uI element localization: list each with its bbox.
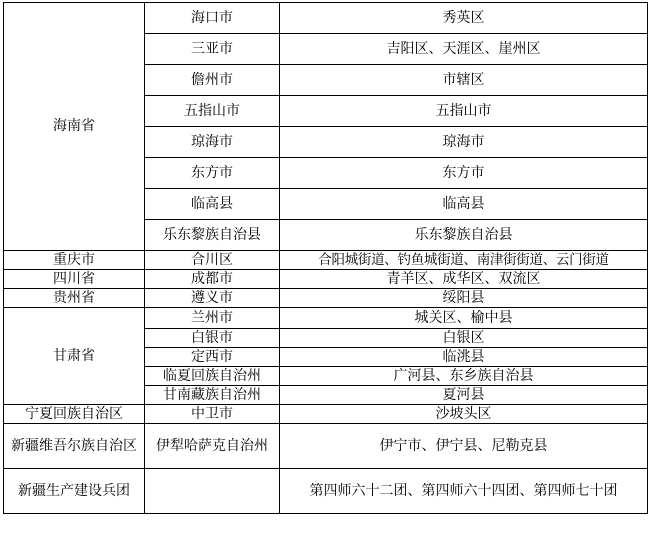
districts-cell: 琼海市 bbox=[280, 127, 648, 158]
city-cell: 乐东黎族自治县 bbox=[145, 220, 280, 251]
districts-cell: 合阳城街道、钓鱼城街道、南津街街道、云门街道 bbox=[280, 251, 648, 270]
city-cell: 兰州市 bbox=[145, 308, 280, 329]
table-row: 甘肃省 兰州市 城关区、榆中县 bbox=[4, 308, 648, 329]
province-cell: 新疆生产建设兵团 bbox=[4, 469, 145, 514]
table-row: 宁夏回族自治区 中卫市 沙坡头区 bbox=[4, 405, 648, 424]
city-cell: 临夏回族自治州 bbox=[145, 367, 280, 386]
province-cell: 甘肃省 bbox=[4, 308, 145, 405]
districts-cell: 夏河县 bbox=[280, 386, 648, 405]
city-cell: 遵义市 bbox=[145, 289, 280, 308]
city-cell: 甘南藏族自治州 bbox=[145, 386, 280, 405]
districts-cell: 绥阳县 bbox=[280, 289, 648, 308]
districts-cell: 沙坡头区 bbox=[280, 405, 648, 424]
city-cell: 五指山市 bbox=[145, 96, 280, 127]
city-cell: 定西市 bbox=[145, 348, 280, 367]
table-row: 四川省 成都市 青羊区、成华区、双流区 bbox=[4, 270, 648, 289]
districts-cell: 白银区 bbox=[280, 329, 648, 348]
districts-cell: 广河县、东乡族自治县 bbox=[280, 367, 648, 386]
districts-cell: 市辖区 bbox=[280, 65, 648, 96]
table-row: 新疆生产建设兵团 第四师六十二团、第四师六十四团、第四师七十团 bbox=[4, 469, 648, 514]
city-cell: 儋州市 bbox=[145, 65, 280, 96]
city-cell: 白银市 bbox=[145, 329, 280, 348]
table-row: 海南省 海口市 秀英区 bbox=[4, 3, 648, 34]
city-cell: 中卫市 bbox=[145, 405, 280, 424]
districts-cell: 吉阳区、天涯区、崖州区 bbox=[280, 34, 648, 65]
districts-cell: 临高县 bbox=[280, 189, 648, 220]
city-cell bbox=[145, 469, 280, 514]
province-cell: 四川省 bbox=[4, 270, 145, 289]
districts-cell: 秀英区 bbox=[280, 3, 648, 34]
city-cell: 临高县 bbox=[145, 189, 280, 220]
city-cell: 琼海市 bbox=[145, 127, 280, 158]
city-cell: 东方市 bbox=[145, 158, 280, 189]
districts-cell: 临洮县 bbox=[280, 348, 648, 367]
region-table: 海南省 海口市 秀英区 三亚市 吉阳区、天涯区、崖州区 儋州市 市辖区 五指山市… bbox=[3, 2, 648, 514]
province-cell: 重庆市 bbox=[4, 251, 145, 270]
districts-cell: 五指山市 bbox=[280, 96, 648, 127]
table-row: 重庆市 合川区 合阳城街道、钓鱼城街道、南津街街道、云门街道 bbox=[4, 251, 648, 270]
districts-cell: 东方市 bbox=[280, 158, 648, 189]
districts-cell: 伊宁市、伊宁县、尼勒克县 bbox=[280, 424, 648, 469]
city-cell: 伊犁哈萨克自治州 bbox=[145, 424, 280, 469]
city-cell: 合川区 bbox=[145, 251, 280, 270]
districts-cell: 青羊区、成华区、双流区 bbox=[280, 270, 648, 289]
table-row: 贵州省 遵义市 绥阳县 bbox=[4, 289, 648, 308]
districts-cell: 第四师六十二团、第四师六十四团、第四师七十团 bbox=[280, 469, 648, 514]
province-cell: 海南省 bbox=[4, 3, 145, 251]
city-cell: 成都市 bbox=[145, 270, 280, 289]
districts-cell: 乐东黎族自治县 bbox=[280, 220, 648, 251]
city-cell: 三亚市 bbox=[145, 34, 280, 65]
city-cell: 海口市 bbox=[145, 3, 280, 34]
province-cell: 宁夏回族自治区 bbox=[4, 405, 145, 424]
province-cell: 新疆维吾尔族自治区 bbox=[4, 424, 145, 469]
table-row: 新疆维吾尔族自治区 伊犁哈萨克自治州 伊宁市、伊宁县、尼勒克县 bbox=[4, 424, 648, 469]
province-cell: 贵州省 bbox=[4, 289, 145, 308]
districts-cell: 城关区、榆中县 bbox=[280, 308, 648, 329]
